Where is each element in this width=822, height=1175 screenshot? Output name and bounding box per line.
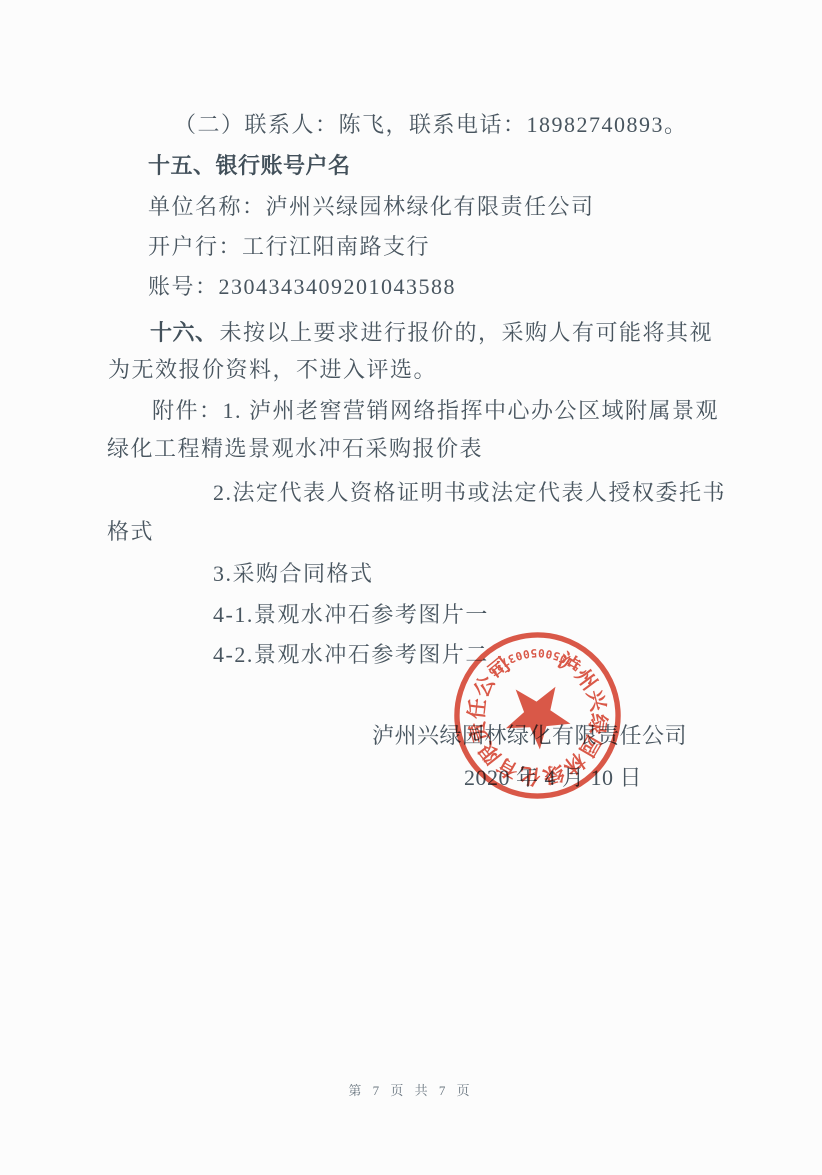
section15-heading: 十五、银行账号户名 xyxy=(148,152,351,180)
section16-line: 十六、未按以上要求进行报价的，采购人有可能将其视 xyxy=(150,319,713,347)
svg-text:兴: 兴 xyxy=(582,688,609,714)
svg-text:司: 司 xyxy=(484,653,514,684)
svg-text:泸: 泸 xyxy=(554,648,584,679)
svg-text:5105005003736: 5105005003736 xyxy=(483,643,584,680)
section16-text: 未按以上要求进行报价的，采购人有可能将其视 xyxy=(220,320,714,345)
section16-continuation: 为无效报价资料，不进入评选。 xyxy=(108,356,437,384)
attachment1-line: 附件：1. 泸州老窖营销网络指挥中心办公区域附属景观 xyxy=(152,397,719,425)
page-number-footer: 第 7 页 共 7 页 xyxy=(0,1080,822,1099)
section16-prefix: 十六、 xyxy=(150,320,218,345)
seal-registration-number: 5105005003736 xyxy=(483,643,584,680)
svg-text:任: 任 xyxy=(464,697,490,721)
attachment2-continuation: 格式 xyxy=(107,518,154,546)
attachment1-continuation: 绿化工程精选景观水冲石采购报价表 xyxy=(107,435,483,463)
attachment4-1-line: 4-1.景观水冲石参考图片一 xyxy=(213,601,489,629)
contact-line: （二）联系人：陈飞，联系电话：18982740893。 xyxy=(174,111,688,139)
unit-name-line: 单位名称：泸州兴绿园林绿化有限责任公司 xyxy=(148,193,595,221)
attachment2-line: 2.法定代表人资格证明书或法定代表人授权委托书 xyxy=(213,479,726,507)
account-line: 账号：2304343409201043588 xyxy=(148,273,456,301)
attachment4-2-line: 4-2.景观水冲石参考图片二 xyxy=(213,641,489,669)
svg-text:州: 州 xyxy=(570,664,601,694)
document-page: （二）联系人：陈飞，联系电话：18982740893。 十五、银行账号户名 单位… xyxy=(0,0,822,1175)
attachment3-line: 3.采购合同格式 xyxy=(213,560,374,588)
svg-text:公: 公 xyxy=(470,672,500,701)
signature-company: 泸州兴绿园林绿化有限责任公司 xyxy=(372,722,687,750)
bank-line: 开户行：工行江阳南路支行 xyxy=(148,233,430,261)
signature-date: 2020 年 4 月 10 日 xyxy=(464,764,642,792)
